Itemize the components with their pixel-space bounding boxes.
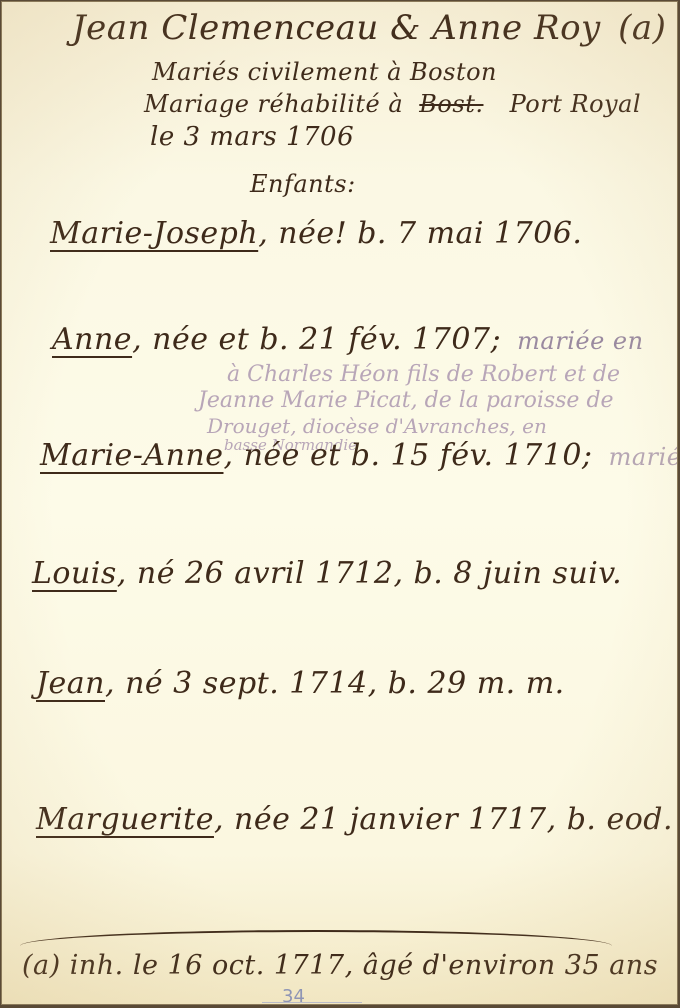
header-title: Jean Clemenceau & Anne Roy (a) [72,8,666,48]
child-details: , née et b. 21 fév. 1707; [132,322,501,357]
struck-word: Bost. [419,90,483,118]
place-port-royal: Port Royal [510,90,641,118]
footnote-marker: (a) [618,8,666,48]
child-entry: Marguerite, née 21 janvier 1717, b. eod. [36,802,673,837]
civil-marriage-line: Mariés civilement à Boston [152,58,497,86]
child-details: , née et b. 15 fév. 1710; [224,438,593,473]
rehabilitated-prefix: Mariage réhabilité à [144,90,403,118]
child-name: Anne [52,322,132,357]
child-entry: Marie-Joseph, née! b. 7 mai 1706. [50,216,582,251]
couple-names: Jean Clemenceau & Anne Roy [72,8,601,48]
footnote: (a) inh. le 16 oct. 1717, âgé d'environ … [22,950,658,981]
child-name: Marie-Anne [40,438,224,473]
annotation-line: Drouget, diocèse d'Avranches, en [207,414,547,438]
child-name: Marguerite [36,802,214,837]
child-entry: Jean, né 3 sept. 1714, b. 29 m. m. [36,666,565,701]
page-number-rule [262,1002,362,1003]
marriage-date: le 3 mars 1706 [150,122,354,152]
section-heading: Enfants: [250,170,356,198]
child-entry: Louis, né 26 avril 1712, b. 8 juin suiv. [32,556,622,591]
child-details: , né 3 sept. 1714, b. 29 m. m. [105,666,565,701]
rehabilitated-marriage-line: Mariage réhabilité à Bost. Port Royal [144,90,641,118]
annotation-line: à Charles Héon fils de Robert et de [227,362,620,387]
footnote-separator [20,930,612,946]
marriage-annotation: mariée en [517,327,643,355]
child-name: Louis [32,556,117,591]
child-entry: Anne, née et b. 21 fév. 1707; mariée en [52,322,644,357]
child-details: , née 21 janvier 1717, b. eod. [214,802,673,837]
child-details: , né 26 avril 1712, b. 8 juin suiv. [117,556,622,591]
manuscript-page: Jean Clemenceau & Anne Roy (a) Mariés ci… [1,1,678,1005]
marriage-annotation: mariée à [609,443,678,471]
child-name: Marie-Joseph [50,216,258,251]
annotation-line: Jeanne Marie Picat, de la paroisse de [198,388,614,413]
child-entry: Marie-Anne, née et b. 15 fév. 1710; mari… [40,438,678,473]
child-name: Jean [36,666,105,701]
child-details: , née! b. 7 mai 1706. [258,216,582,251]
